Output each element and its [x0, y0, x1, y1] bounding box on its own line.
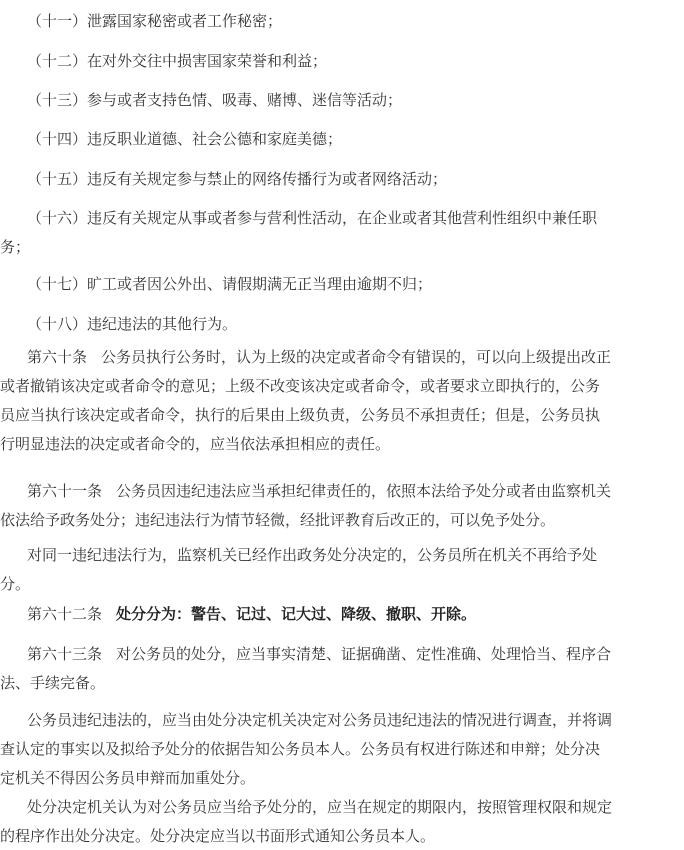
- list-item-15: （十五）违反有关规定参与禁止的网络传播行为或者网络活动；: [0, 165, 684, 194]
- paragraph-text: 对同一违纪违法行为，监察机关已经作出政务处分决定的，公务员所在机关不再给予处: [0, 541, 680, 570]
- article-text-bold: 处分分为：警告、记过、记大过、降级、撤职、开除。: [116, 605, 476, 623]
- article-61-paragraph-2: 对同一违纪违法行为，监察机关已经作出政务处分决定的，公务员所在机关不再给予处 分…: [0, 541, 680, 599]
- paragraph-text: 查认定的事实以及拟给予处分的依据告知公务员本人。公务员有权进行陈述和申辩；处分决: [0, 735, 680, 764]
- article-text: 行明显违法的决定或者命令的，应当依法承担相应的责任。: [0, 430, 680, 459]
- item-number: （十八）: [27, 315, 87, 333]
- item-number: （十七）: [27, 275, 87, 293]
- article-63-paragraph-2: 公务员违纪违法的，应当由处分决定机关决定对公务员违纪违法的情况进行调查，并将调 …: [0, 706, 680, 793]
- item-text: 泄露国家秘密或者工作秘密；: [87, 12, 282, 30]
- paragraph-text: 处分决定机关认为对公务员应当给予处分的，应当在规定的期限内，按照管理权限和规定: [0, 793, 680, 822]
- article-text: 法、手续完备。: [0, 669, 680, 698]
- article-heading: 第六十一条: [27, 482, 102, 500]
- list-item-12: （十二）在对外交往中损害国家荣誉和利益；: [0, 47, 684, 76]
- item-text-continued: 务；: [0, 233, 680, 262]
- article-text: 公务员因违纪违法应当承担纪律责任的，依照本法给予处分或者由监察机关: [116, 482, 611, 500]
- paragraph-text: 公务员违纪违法的，应当由处分决定机关决定对公务员违纪违法的情况进行调查，并将调: [0, 706, 680, 735]
- list-item-11: （十一）泄露国家秘密或者工作秘密；: [0, 7, 684, 36]
- item-text: 违纪违法的其他行为。: [87, 315, 237, 333]
- list-item-17: （十七）旷工或者因公外出、请假期满无正当理由逾期不归；: [0, 270, 684, 299]
- item-text: 在对外交往中损害国家荣誉和利益；: [87, 52, 327, 70]
- article-text: 依法给予政务处分；违纪违法行为情节轻微，经批评教育后改正的，可以免予处分。: [0, 506, 680, 535]
- article-62: 第六十二条处分分为：警告、记过、记大过、降级、撤职、开除。: [0, 600, 684, 629]
- item-number: （十五）: [27, 170, 87, 188]
- article-heading: 第六十二条: [27, 605, 102, 623]
- item-number: （十四）: [27, 130, 87, 148]
- document-body: （十一）泄露国家秘密或者工作秘密； （十二）在对外交往中损害国家荣誉和利益； （…: [0, 0, 684, 850]
- item-text: 违反有关规定参与禁止的网络传播行为或者网络活动；: [87, 170, 447, 188]
- item-number: （十六）: [27, 209, 87, 227]
- article-text: 对公务员的处分，应当事实清楚、证据确凿、定性准确、处理恰当、程序合: [116, 645, 611, 663]
- paragraph-text: 分。: [0, 570, 680, 599]
- article-63-paragraph-3: 处分决定机关认为对公务员应当给予处分的，应当在规定的期限内，按照管理权限和规定 …: [0, 793, 680, 850]
- list-item-14: （十四）违反职业道德、社会公德和家庭美德；: [0, 125, 684, 154]
- item-text: 违反有关规定从事或者参与营利性活动，在企业或者其他营利性组织中兼任职: [87, 209, 597, 227]
- list-item-16: （十六）违反有关规定从事或者参与营利性活动，在企业或者其他营利性组织中兼任职 务…: [0, 204, 680, 262]
- article-text: 或者撤销该决定或者命令的意见；上级不改变该决定或者命令，或者要求立即执行的，公务: [0, 372, 680, 401]
- article-61: 第六十一条公务员因违纪违法应当承担纪律责任的，依照本法给予处分或者由监察机关 依…: [0, 477, 680, 535]
- paragraph-text: 的程序作出处分决定。处分决定应当以书面形式通知公务员本人。: [0, 822, 680, 850]
- paragraph-text: 定机关不得因公务员申辩而加重处分。: [0, 764, 680, 793]
- article-60: 第六十条公务员执行公务时，认为上级的决定或者命令有错误的，可以向上级提出改正 或…: [0, 343, 680, 459]
- item-text: 旷工或者因公外出、请假期满无正当理由逾期不归；: [87, 275, 432, 293]
- item-number: （十一）: [27, 12, 87, 30]
- item-text: 参与或者支持色情、吸毒、赌博、迷信等活动；: [87, 91, 402, 109]
- article-text: 员应当执行该决定或者命令，执行的后果由上级负责，公务员不承担责任；但是，公务员执: [0, 401, 680, 430]
- list-item-13: （十三）参与或者支持色情、吸毒、赌博、迷信等活动；: [0, 86, 684, 115]
- article-63: 第六十三条对公务员的处分，应当事实清楚、证据确凿、定性准确、处理恰当、程序合 法…: [0, 640, 680, 698]
- item-number: （十三）: [27, 91, 87, 109]
- article-text: 公务员执行公务时，认为上级的决定或者命令有错误的，可以向上级提出改正: [101, 348, 611, 366]
- article-heading: 第六十条: [27, 348, 87, 366]
- list-item-18: （十八）违纪违法的其他行为。: [0, 310, 684, 339]
- article-heading: 第六十三条: [27, 645, 102, 663]
- item-text: 违反职业道德、社会公德和家庭美德；: [87, 130, 342, 148]
- item-number: （十二）: [27, 52, 87, 70]
